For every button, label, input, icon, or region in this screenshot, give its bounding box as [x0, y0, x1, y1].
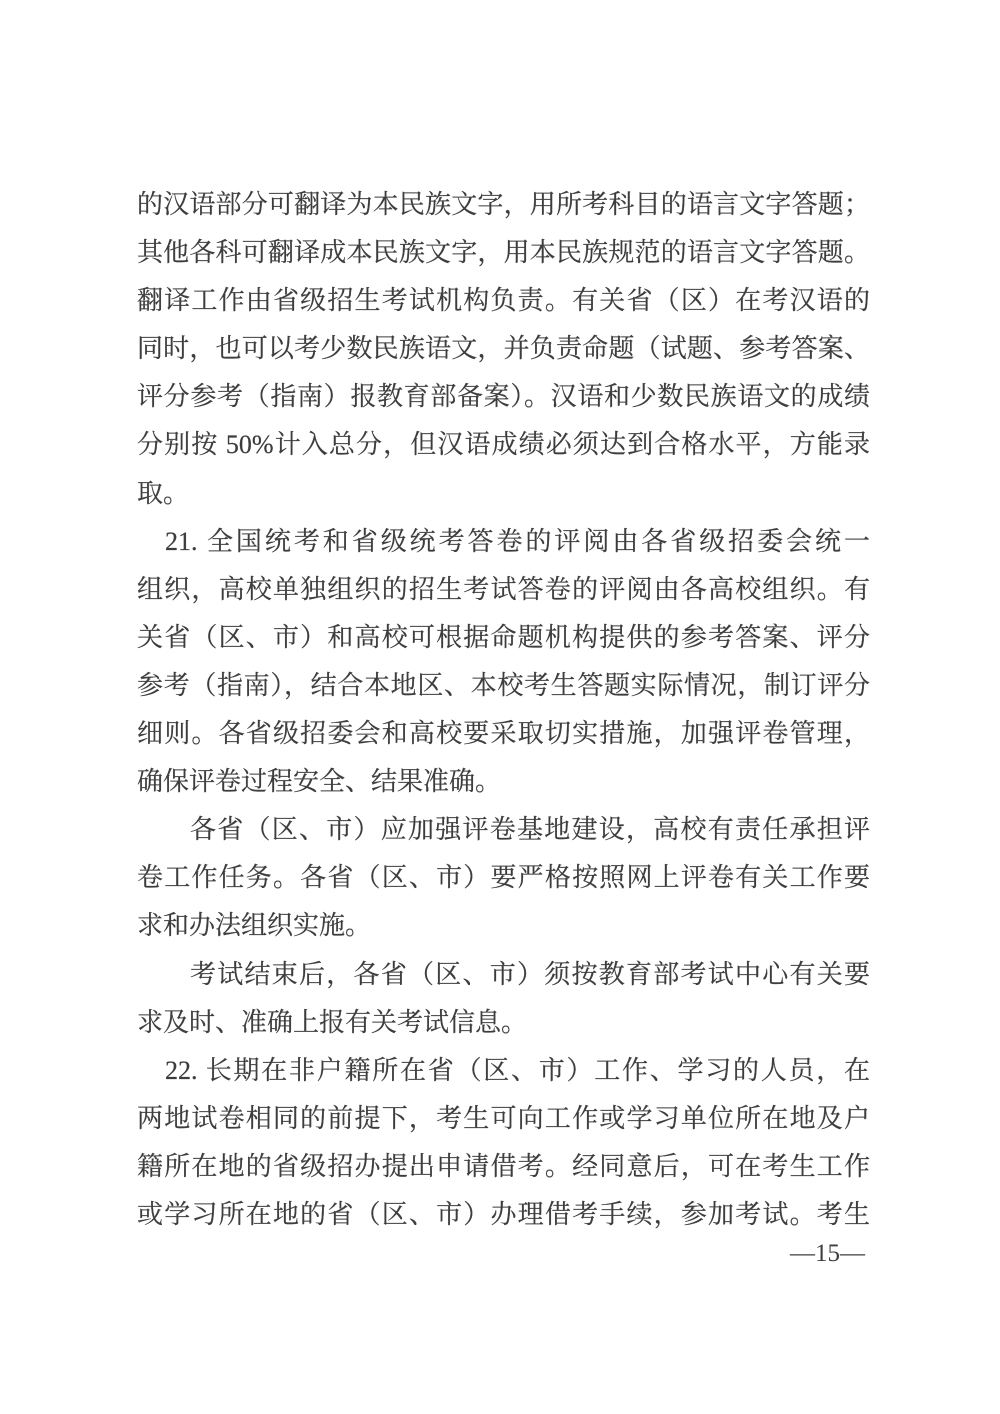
text-line: 各省（区、市）应加强评卷基地建设，高校有责任承担评 — [137, 806, 870, 854]
text-line: 分别按 50%计入总分，但汉语成绩必须达到合格水平，方能录 — [137, 421, 870, 469]
text-line: 评分参考（指南）报教育部备案）。汉语和少数民族语文的成绩 — [137, 373, 870, 421]
text-line: 组织，高校单独组织的招生考试答卷的评阅由各高校组织。有 — [137, 566, 870, 614]
text-line: 细则。各省级招委会和高校要采取切实措施，加强评卷管理， — [137, 710, 870, 758]
text-line: 两地试卷相同的前提下，考生可向工作或学习单位所在地及户 — [137, 1095, 870, 1143]
text-line: 考试结束后，各省（区、市）须按教育部考试中心有关要 — [137, 951, 870, 999]
text-line: 确保评卷过程安全、结果准确。 — [137, 758, 870, 806]
text-line: 21. 全国统考和省级统考答卷的评阅由各省级招委会统一 — [137, 518, 870, 566]
text-line: 取。 — [137, 470, 870, 518]
text-line: 求和办法组织实施。 — [137, 902, 870, 950]
text-line: 同时，也可以考少数民族语文，并负责命题（试题、参考答案、 — [137, 325, 870, 373]
text-line: 其他各科可翻译成本民族文字，用本民族规范的语言文字答题。 — [137, 229, 870, 277]
page-number: —15— — [790, 1238, 865, 1270]
text-line: 关省（区、市）和高校可根据命题机构提供的参考答案、评分 — [137, 614, 870, 662]
document-page: 的汉语部分可翻译为本民族文字，用所考科目的语言文字答题；其他各科可翻译成本民族文… — [0, 0, 1000, 1414]
text-line: 籍所在地的省级招办提出申请借考。经同意后，可在考生工作 — [137, 1143, 870, 1191]
text-line: 卷工作任务。各省（区、市）要严格按照网上评卷有关工作要 — [137, 854, 870, 902]
text-line: 的汉语部分可翻译为本民族文字，用所考科目的语言文字答题； — [137, 181, 870, 229]
text-line: 参考（指南），结合本地区、本校考生答题实际情况，制订评分 — [137, 662, 870, 710]
body-text: 的汉语部分可翻译为本民族文字，用所考科目的语言文字答题；其他各科可翻译成本民族文… — [137, 181, 870, 1239]
text-line: 或学习所在地的省（区、市）办理借考手续，参加考试。考生 — [137, 1191, 870, 1239]
text-line: 翻译工作由省级招生考试机构负责。有关省（区）在考汉语的 — [137, 277, 870, 325]
text-line: 22. 长期在非户籍所在省（区、市）工作、学习的人员，在 — [137, 1047, 870, 1095]
text-line: 求及时、准确上报有关考试信息。 — [137, 999, 870, 1047]
